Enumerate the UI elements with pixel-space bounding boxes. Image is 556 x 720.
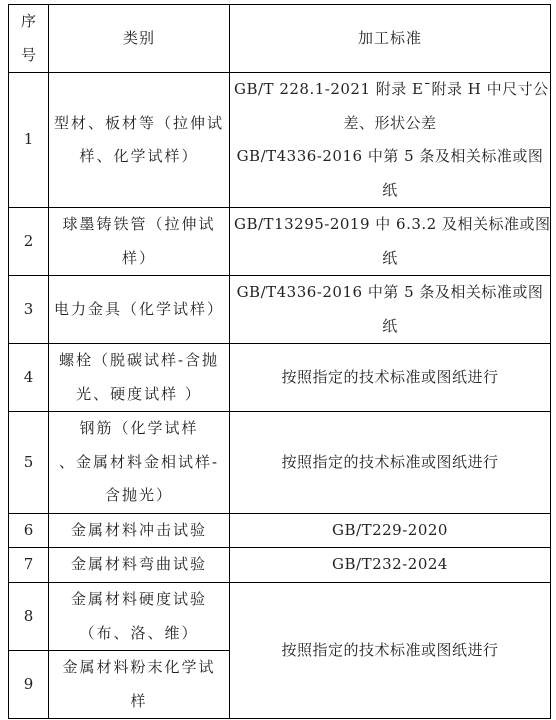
standard-line: 按照指定的技术标准或图纸进行 bbox=[234, 361, 546, 395]
row-number: 6 bbox=[9, 513, 49, 548]
row-number: 8 bbox=[9, 583, 49, 651]
row-number: 9 bbox=[9, 651, 49, 719]
category-line: 样） bbox=[53, 242, 225, 276]
row-number: 3 bbox=[9, 276, 49, 344]
row-category: 电力金具（化学试样） bbox=[49, 276, 230, 344]
row-number: 4 bbox=[9, 344, 49, 412]
table-row: 5 钢筋（化学试样 、金属材料金相试样- 含抛光） 按照指定的技术标准或图纸进行 bbox=[9, 412, 551, 514]
row-standard: GB/T4336-2016 中第 5 条及相关标准或图 纸 bbox=[230, 276, 551, 344]
category-line: 钢筋（化学试样 bbox=[53, 412, 225, 446]
category-line: 电力金具（化学试样） bbox=[53, 293, 225, 327]
row-standard: 按照指定的技术标准或图纸进行 bbox=[230, 344, 551, 412]
processing-standards-table: 序 号 类别 加工标准 1 型材、板材等（拉伸试 样、化学试样） GB/T 22… bbox=[8, 4, 551, 719]
standard-line: GB/T4336-2016 中第 5 条及相关标准或图 bbox=[234, 140, 546, 174]
category-line: 光、硬度试样 ） bbox=[53, 378, 225, 412]
category-line: 金属材料硬度试验 bbox=[53, 583, 225, 617]
table-row: 7 金属材料弯曲试验 GB/T232-2024 bbox=[9, 548, 551, 583]
row-category: 球墨铸铁管（拉伸试 样） bbox=[49, 208, 230, 276]
header-serial-char-2: 号 bbox=[11, 39, 46, 73]
standard-line: GB/T4336-2016 中第 5 条及相关标准或图 bbox=[234, 276, 546, 310]
category-line: 球墨铸铁管（拉伸试 bbox=[53, 208, 225, 242]
row-standard: GB/T229-2020 bbox=[230, 513, 551, 548]
row-standard: 按照指定的技术标准或图纸进行 bbox=[230, 412, 551, 514]
row-category: 金属材料硬度试验 （布、洛、维） bbox=[49, 583, 230, 651]
row-category: 金属材料弯曲试验 bbox=[49, 548, 230, 583]
row-number: 1 bbox=[9, 73, 49, 208]
table-row: 2 球墨铸铁管（拉伸试 样） GB/T13295-2019 中 6.3.2 及相… bbox=[9, 208, 551, 276]
standard-line: GB/T 228.1-2021 附录 E¯附录 H 中尺寸公 bbox=[234, 73, 546, 107]
category-line: 样、化学试样） bbox=[53, 140, 225, 174]
category-line: 金属材料冲击试验 bbox=[53, 514, 225, 548]
row-category: 金属材料粉末化学试 样 bbox=[49, 651, 230, 719]
standard-line: 纸 bbox=[234, 174, 546, 208]
table-row: 4 螺栓（脱碳试样-含抛 光、硬度试样 ） 按照指定的技术标准或图纸进行 bbox=[9, 344, 551, 412]
table-row: 3 电力金具（化学试样） GB/T4336-2016 中第 5 条及相关标准或图… bbox=[9, 276, 551, 344]
row-standard: GB/T 228.1-2021 附录 E¯附录 H 中尺寸公 差、形状公差 GB… bbox=[230, 73, 551, 208]
category-line: 型材、板材等（拉伸试 bbox=[53, 107, 225, 141]
header-standard: 加工标准 bbox=[230, 5, 551, 73]
row-category: 型材、板材等（拉伸试 样、化学试样） bbox=[49, 73, 230, 208]
row-standard-merged: 按照指定的技术标准或图纸进行 bbox=[230, 583, 551, 719]
table-row: 1 型材、板材等（拉伸试 样、化学试样） GB/T 228.1-2021 附录 … bbox=[9, 73, 551, 208]
header-row: 序 号 类别 加工标准 bbox=[9, 5, 551, 73]
category-line: （布、洛、维） bbox=[53, 617, 225, 651]
category-line: 金属材料粉末化学试 bbox=[53, 651, 225, 685]
header-serial-number: 序 号 bbox=[9, 5, 49, 73]
header-category: 类别 bbox=[49, 5, 230, 73]
row-category: 螺栓（脱碳试样-含抛 光、硬度试样 ） bbox=[49, 344, 230, 412]
row-standard: GB/T13295-2019 中 6.3.2 及相关标准或图 纸 bbox=[230, 208, 551, 276]
row-category: 钢筋（化学试样 、金属材料金相试样- 含抛光） bbox=[49, 412, 230, 514]
category-line: 金属材料弯曲试验 bbox=[53, 548, 225, 582]
table-row: 8 金属材料硬度试验 （布、洛、维） 按照指定的技术标准或图纸进行 bbox=[9, 583, 551, 651]
category-line: 、金属材料金相试样- bbox=[53, 446, 225, 480]
standard-line: GB/T13295-2019 中 6.3.2 及相关标准或图 bbox=[234, 208, 546, 242]
standard-line: 按照指定的技术标准或图纸进行 bbox=[234, 634, 546, 668]
row-number: 7 bbox=[9, 548, 49, 583]
standard-line: GB/T232-2024 bbox=[234, 548, 546, 582]
standard-line: GB/T229-2020 bbox=[234, 514, 546, 548]
standard-line: 纸 bbox=[234, 310, 546, 344]
standard-line: 差、形状公差 bbox=[234, 107, 546, 141]
standard-line: 纸 bbox=[234, 242, 546, 276]
category-line: 含抛光） bbox=[53, 479, 225, 513]
category-line: 样 bbox=[53, 685, 225, 719]
row-number: 5 bbox=[9, 412, 49, 514]
row-category: 金属材料冲击试验 bbox=[49, 513, 230, 548]
row-number: 2 bbox=[9, 208, 49, 276]
table-row: 6 金属材料冲击试验 GB/T229-2020 bbox=[9, 513, 551, 548]
category-line: 螺栓（脱碳试样-含抛 bbox=[53, 344, 225, 378]
standard-line: 按照指定的技术标准或图纸进行 bbox=[234, 446, 546, 480]
header-serial-char-1: 序 bbox=[11, 5, 46, 39]
row-standard: GB/T232-2024 bbox=[230, 548, 551, 583]
